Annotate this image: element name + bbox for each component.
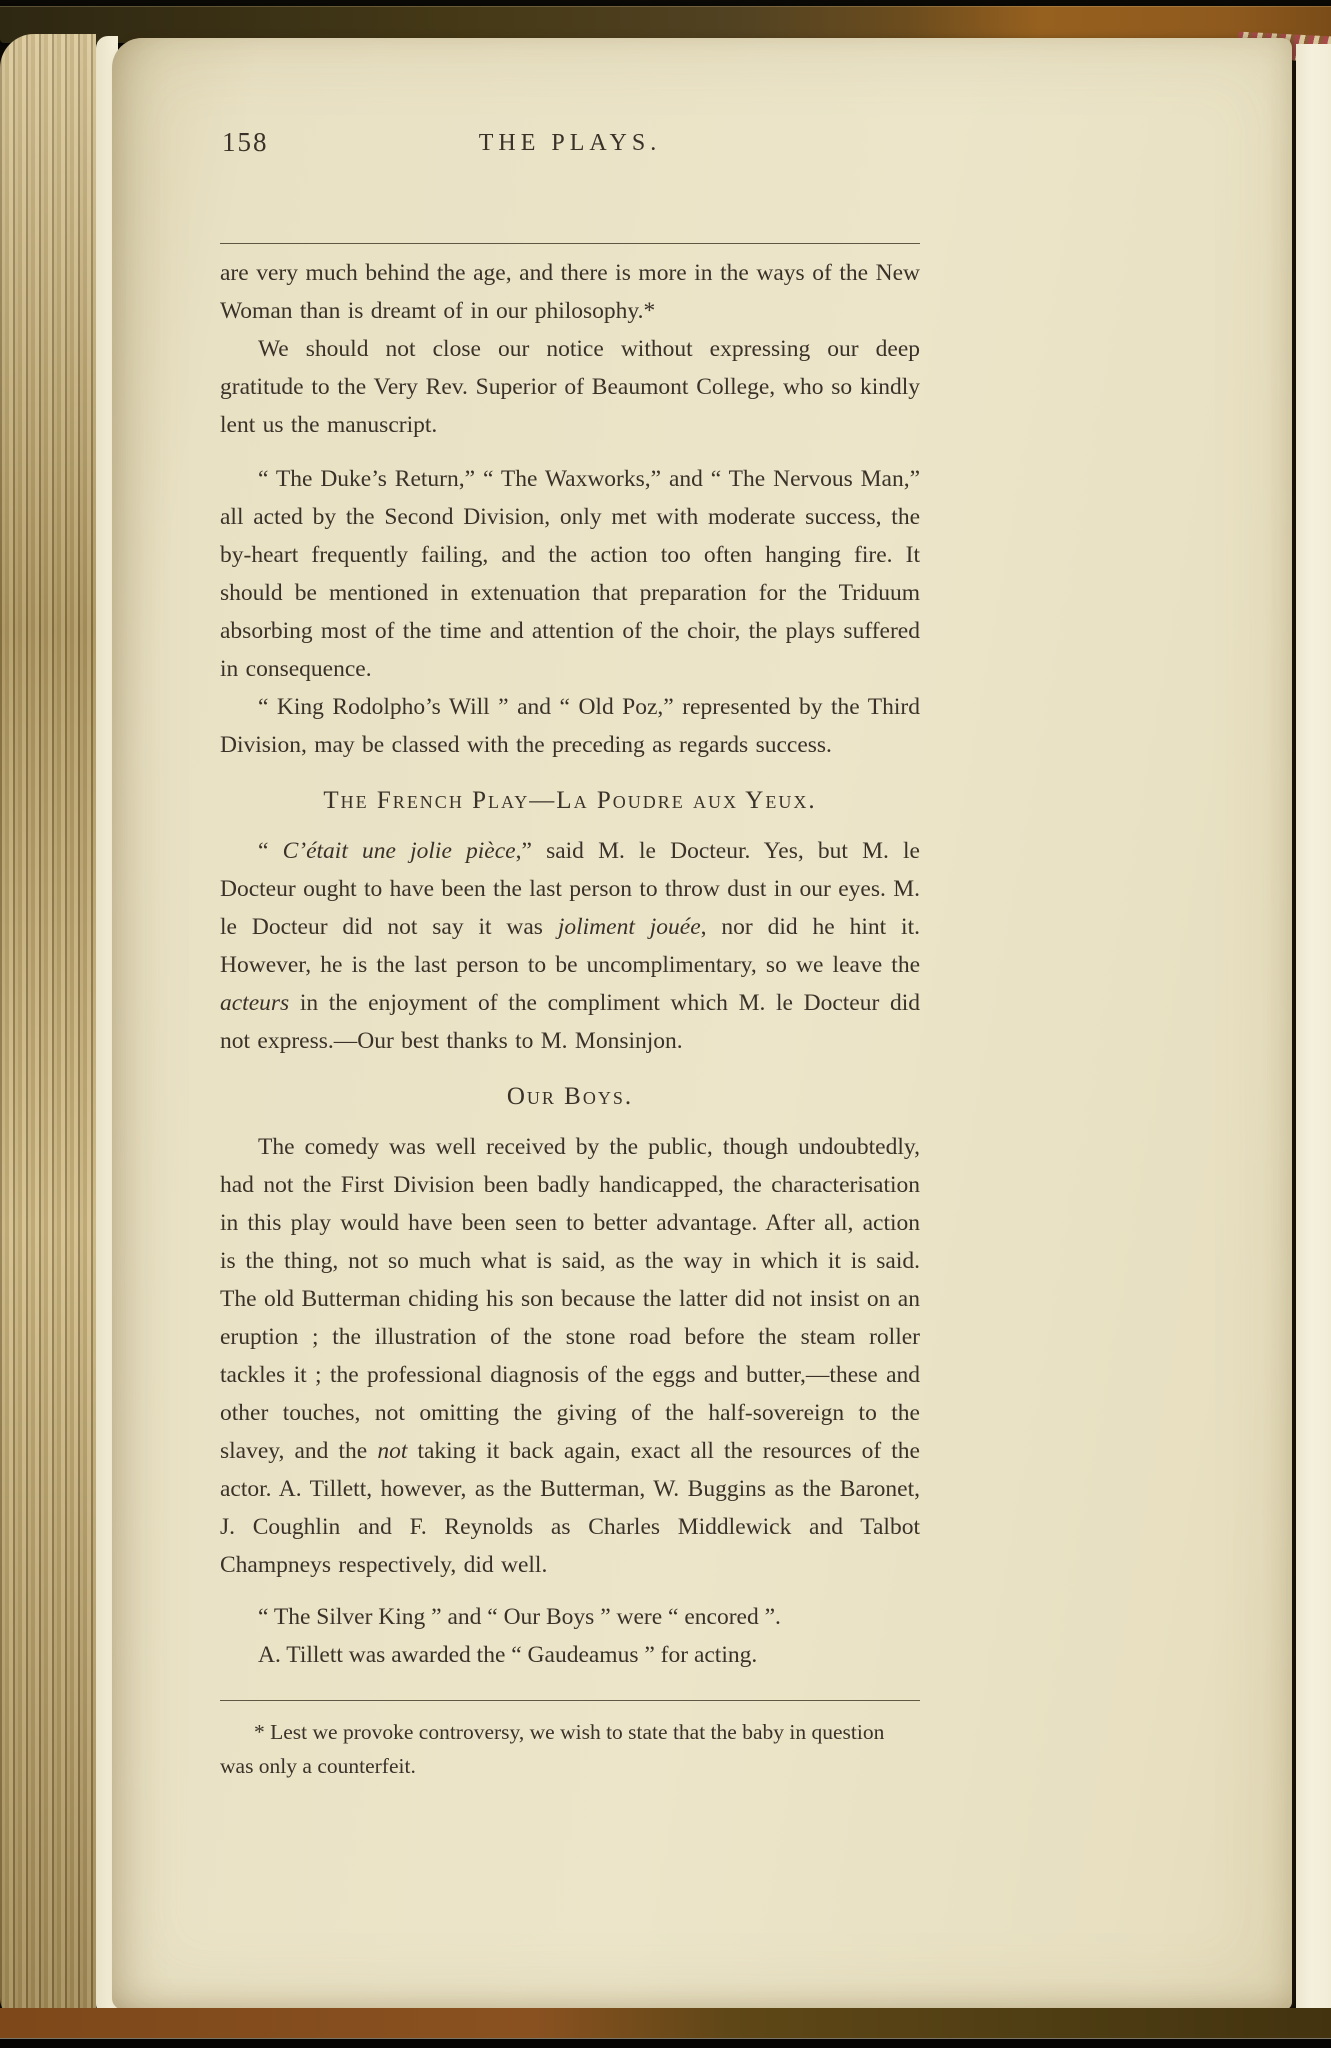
book-cover-bottom-edge [0,2008,1331,2040]
footnote-line: was only a counterfeit. [220,1749,920,1783]
running-title: THE PLAYS. [220,130,920,157]
left-page-stack-fore-edge [0,34,96,2022]
paragraph: We should not close our notice without e… [220,330,920,444]
text-column: are very much behind the age, and there … [220,254,920,1783]
section-heading: The French Play—La Poudre aux Yeux. [220,782,920,820]
paragraph: “ The Duke’s Return,” “ The Waxworks,” a… [220,460,920,688]
short-line-paragraph: “ The Silver King ” and “ Our Boys ” wer… [220,1598,920,1674]
paragraph: “ King Rodolpho’s Will ” and “ Old Poz,”… [220,688,920,764]
book-photo: { "book": { "page_number": "158", "runni… [0,0,1331,2048]
header-rule [220,243,920,244]
adjacent-page-edge [1296,44,1331,2048]
text-line: “ The Silver King ” and “ Our Boys ” wer… [220,1598,920,1636]
paragraph: “ C’était une jolie pièce,” said M. le D… [220,832,920,1060]
paragraph: are very much behind the age, and there … [220,254,920,330]
text-line: A. Tillett was awarded the “ Gaudeamus ”… [220,1636,920,1674]
footnote: * Lest we provoke controversy, we wish t… [220,1700,920,1783]
paragraph: The comedy was well received by the publ… [220,1128,920,1584]
printed-page-content: 158 THE PLAYS. are very much behind the … [220,127,920,1783]
page-header: 158 THE PLAYS. [220,127,920,161]
footnote-rule [220,1700,920,1701]
footnote-line: * Lest we provoke controversy, we wish t… [220,1715,920,1749]
section-heading: Our Boys. [220,1078,920,1116]
background-bottom [0,2038,1331,2048]
